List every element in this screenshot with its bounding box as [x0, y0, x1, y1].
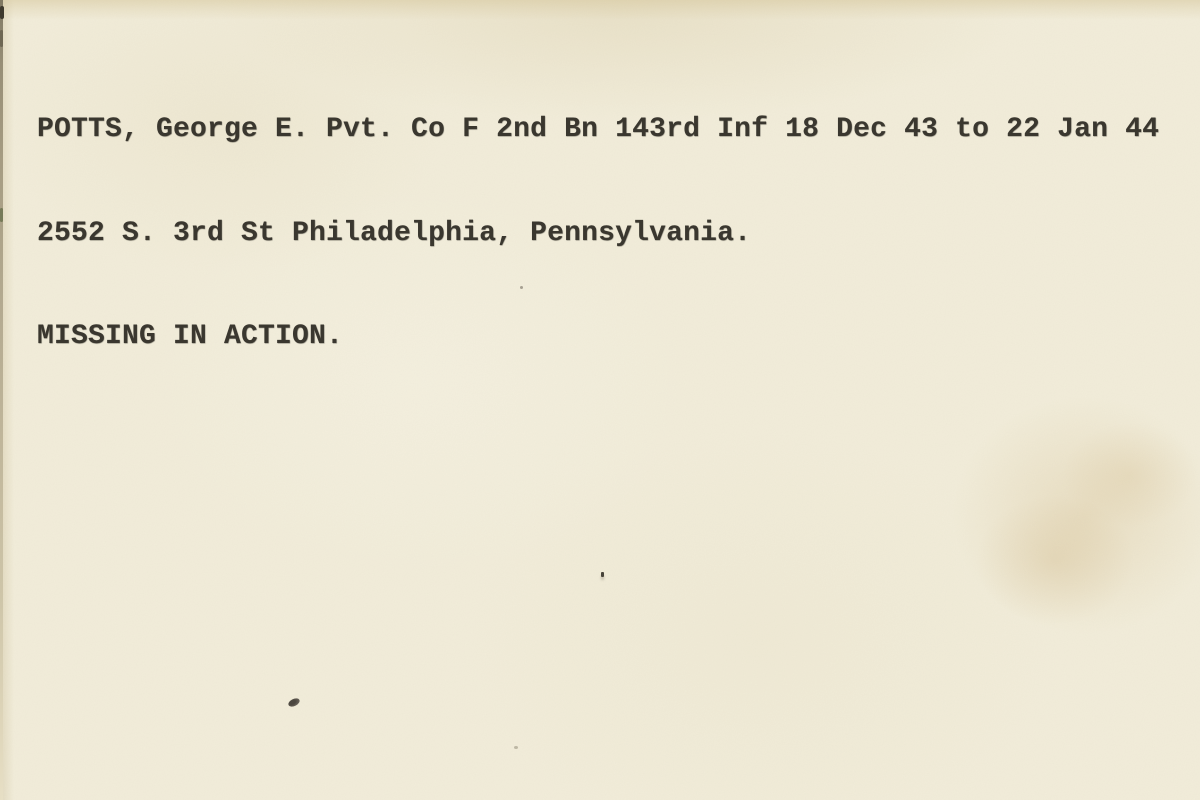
typed-text-block: POTTS, George E. Pvt. Co F 2nd Bn 143rd …: [37, 44, 1159, 424]
small-dot-blemish: [601, 572, 604, 577]
card-left-edge: [0, 0, 3, 800]
record-line-name-unit-dates: POTTS, George E. Pvt. Co F 2nd Bn 143rd …: [37, 113, 1159, 148]
edge-nick-mark: [0, 30, 3, 47]
faint-dot-blemish: [520, 286, 523, 289]
edge-nick-mark: [0, 208, 3, 222]
record-line-status: MISSING IN ACTION.: [37, 320, 1159, 355]
faint-dot-blemish: [514, 746, 518, 749]
edge-nick-mark: [0, 6, 4, 19]
record-line-address: 2552 S. 3rd St Philadelphia, Pennsylvani…: [37, 217, 1159, 252]
scanned-index-card: POTTS, George E. Pvt. Co F 2nd Bn 143rd …: [0, 0, 1200, 800]
ink-speck: [287, 697, 301, 709]
